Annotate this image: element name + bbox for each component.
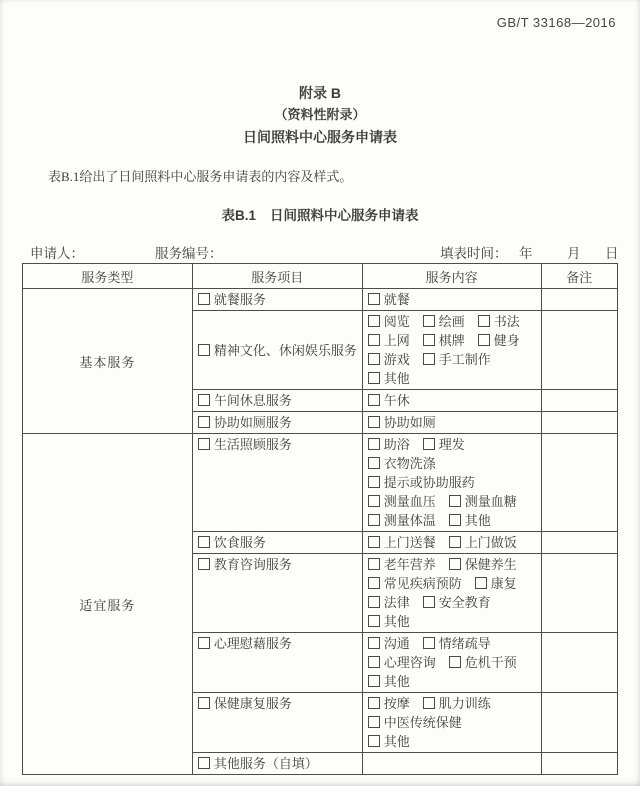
checkbox-option-label: 午休 [384, 393, 410, 408]
appendix-heading: 日间照料中心服务申请表 [0, 128, 640, 146]
checkbox-option: 午休 [368, 393, 410, 408]
checkbox-option: 心理咨询 [368, 655, 436, 670]
checkbox-icon [368, 514, 380, 526]
table-header-row: 服务类型 服务项目 服务内容 备注 [23, 264, 618, 289]
checkbox-icon [368, 334, 380, 346]
checkbox-icon [423, 438, 435, 450]
remark-cell [541, 289, 617, 311]
checkbox-icon [475, 577, 487, 589]
header-service-content: 服务内容 [362, 264, 541, 289]
checkbox-option-label: 棋牌 [439, 333, 465, 348]
checkbox-icon [368, 615, 380, 627]
table-caption-label: 表B.1 [221, 208, 256, 223]
service-item-cell: 其他服务（自填） [192, 753, 362, 775]
checkbox-option: 健身 [478, 333, 520, 348]
checkbox-icon [368, 735, 380, 747]
service-item-label: 就餐服务 [214, 292, 266, 307]
checkbox-option: 助浴 [368, 437, 410, 452]
checkbox-option-label: 安全教育 [439, 595, 491, 610]
checkbox-icon [423, 334, 435, 346]
checkbox-option-label: 其他 [384, 734, 410, 749]
table-row: 适宜服务生活照顾服务助浴理发衣物洗涤提示或协助服药测量血压测量血糖测量体温其他 [23, 434, 618, 532]
checkbox-option-label: 常见疾病预防 [384, 576, 462, 591]
checkbox-icon [368, 577, 380, 589]
applicant-label: 申请人： [30, 245, 84, 263]
checkbox-option-label: 上门做饭 [465, 535, 517, 550]
checkbox-icon [198, 438, 210, 450]
remark-cell [541, 311, 617, 390]
checkbox-icon [368, 394, 380, 406]
checkbox-option-label: 法律 [384, 595, 410, 610]
checkbox-icon [368, 372, 380, 384]
remark-cell [541, 633, 617, 693]
service-item-label: 饮食服务 [214, 535, 266, 550]
checkbox-option-label: 肌力训练 [439, 696, 491, 711]
checkbox-option-label: 阅览 [384, 314, 410, 329]
service-content-cell: 老年营养保健养生常见疾病预防康复法律安全教育其他 [362, 554, 541, 633]
checkbox-option-label: 其他 [465, 513, 491, 528]
service-type-cell: 适宜服务 [23, 434, 193, 775]
checkbox-icon [198, 637, 210, 649]
checkbox-option-label: 老年营养 [384, 557, 436, 572]
standard-number: GB/T 33168—2016 [0, 0, 640, 32]
checkbox-option: 协助如厕 [368, 415, 436, 430]
checkbox-icon [449, 656, 461, 668]
checkbox-option: 上门送餐 [368, 535, 436, 550]
checkbox-icon [368, 293, 380, 305]
checkbox-option: 其他 [449, 513, 491, 528]
service-content-cell: 协助如厕 [362, 412, 541, 434]
service-item-label: 心理慰藉服务 [214, 636, 292, 651]
checkbox-icon [368, 596, 380, 608]
checkbox-option: 沟通 [368, 636, 410, 651]
service-item-label: 其他服务（自填） [214, 756, 318, 771]
checkbox-option: 衣物洗涤 [368, 456, 436, 471]
checkbox-option-label: 康复 [491, 576, 517, 591]
checkbox-option: 绘画 [423, 314, 465, 329]
checkbox-option-label: 按摩 [384, 696, 410, 711]
checkbox-icon [368, 353, 380, 365]
checkbox-icon [423, 315, 435, 327]
service-item-label: 教育咨询服务 [214, 557, 292, 572]
checkbox-icon [198, 293, 210, 305]
service-item-label: 协助如厕服务 [214, 415, 292, 430]
checkbox-option: 中医传统保健 [368, 715, 462, 730]
checkbox-option-label: 上门送餐 [384, 535, 436, 550]
checkbox-option-label: 测量体温 [384, 513, 436, 528]
checkbox-icon [449, 514, 461, 526]
service-content-cell [362, 753, 541, 775]
table-caption-title: 日间照料中心服务申请表 [270, 208, 419, 223]
service-item-cell: 就餐服务 [192, 289, 362, 311]
checkbox-icon [198, 344, 210, 356]
checkbox-option: 安全教育 [423, 595, 491, 610]
fill-time-label: 填表时间： [440, 245, 508, 263]
checkbox-option: 测量血糖 [449, 494, 517, 509]
service-item-label: 精神文化、休闲娱乐服务 [214, 343, 357, 358]
checkbox-icon [198, 416, 210, 428]
checkbox-option: 其他 [368, 371, 410, 386]
remark-cell [541, 390, 617, 412]
checkbox-icon [368, 637, 380, 649]
appendix-title: 附录 B [0, 84, 640, 102]
checkbox-icon [368, 476, 380, 488]
document-page: GB/T 33168—2016 附录 B （资料性附录） 日间照料中心服务申请表… [0, 0, 640, 786]
checkbox-option: 按摩 [368, 696, 410, 711]
checkbox-icon [368, 716, 380, 728]
checkbox-icon [198, 757, 210, 769]
remark-cell [541, 434, 617, 532]
checkbox-option-label: 绘画 [439, 314, 465, 329]
checkbox-icon [423, 637, 435, 649]
service-number-label: 服务编号： [155, 245, 223, 263]
checkbox-option-label: 其他 [384, 614, 410, 629]
service-content-cell: 就餐 [362, 289, 541, 311]
checkbox-option: 法律 [368, 595, 410, 610]
checkbox-option-label: 测量血压 [384, 494, 436, 509]
checkbox-option-label: 上网 [384, 333, 410, 348]
checkbox-icon [423, 697, 435, 709]
table-row: 基本服务就餐服务就餐 [23, 289, 618, 311]
checkbox-icon [368, 457, 380, 469]
service-item-label: 保健康复服务 [214, 696, 292, 711]
month-label: 月 [567, 245, 581, 263]
service-content-cell: 阅览绘画书法上网棋牌健身游戏手工制作其他 [362, 311, 541, 390]
checkbox-icon [449, 536, 461, 548]
checkbox-icon [368, 495, 380, 507]
checkbox-option: 测量血压 [368, 494, 436, 509]
service-item-cell: 精神文化、休闲娱乐服务 [192, 311, 362, 390]
intro-paragraph: 表B.1给出了日间照料中心服务申请表的内容及样式。 [48, 168, 610, 186]
service-item-cell: 心理慰藉服务 [192, 633, 362, 693]
header-remark: 备注 [541, 264, 617, 289]
checkbox-option: 书法 [478, 314, 520, 329]
checkbox-option-label: 协助如厕 [384, 415, 436, 430]
checkbox-option: 测量体温 [368, 513, 436, 528]
remark-cell [541, 693, 617, 753]
checkbox-option: 情绪疏导 [423, 636, 491, 651]
checkbox-icon [368, 656, 380, 668]
checkbox-option: 手工制作 [423, 352, 491, 367]
checkbox-option: 其他 [368, 674, 410, 689]
header-service-item: 服务项目 [192, 264, 362, 289]
checkbox-icon [368, 438, 380, 450]
checkbox-icon [368, 697, 380, 709]
checkbox-icon [478, 334, 490, 346]
service-item-cell: 生活照顾服务 [192, 434, 362, 532]
checkbox-icon [198, 697, 210, 709]
appendix-subtitle: （资料性附录） [0, 106, 640, 124]
year-label: 年 [519, 245, 533, 263]
service-type-cell: 基本服务 [23, 289, 193, 434]
checkbox-option: 游戏 [368, 352, 410, 367]
service-item-cell: 保健康复服务 [192, 693, 362, 753]
checkbox-option: 提示或协助服药 [368, 475, 475, 490]
checkbox-option-label: 助浴 [384, 437, 410, 452]
checkbox-option: 就餐 [368, 292, 410, 307]
service-item-cell: 午间休息服务 [192, 390, 362, 412]
checkbox-option-label: 其他 [384, 371, 410, 386]
checkbox-option-label: 书法 [494, 314, 520, 329]
checkbox-option: 理发 [423, 437, 465, 452]
checkbox-option: 保健养生 [449, 557, 517, 572]
service-content-cell: 沟通情绪疏导心理咨询危机干预其他 [362, 633, 541, 693]
checkbox-icon [198, 536, 210, 548]
checkbox-option-label: 手工制作 [439, 352, 491, 367]
checkbox-option-label: 心理咨询 [384, 655, 436, 670]
checkbox-option-label: 其他 [384, 674, 410, 689]
remark-cell [541, 554, 617, 633]
checkbox-icon [368, 558, 380, 570]
checkbox-option-label: 保健养生 [465, 557, 517, 572]
checkbox-option-label: 沟通 [384, 636, 410, 651]
checkbox-option-label: 就餐 [384, 292, 410, 307]
checkbox-icon [368, 315, 380, 327]
checkbox-option: 上网 [368, 333, 410, 348]
checkbox-option-label: 游戏 [384, 352, 410, 367]
service-item-cell: 协助如厕服务 [192, 412, 362, 434]
service-content-cell: 按摩肌力训练中医传统保健其他 [362, 693, 541, 753]
checkbox-option-label: 测量血糖 [465, 494, 517, 509]
checkbox-option: 康复 [475, 576, 517, 591]
form-meta-row: 申请人： 服务编号： 填表时间： 年 月 日 [22, 245, 618, 263]
header-service-type: 服务类型 [23, 264, 193, 289]
day-label: 日 [605, 245, 619, 263]
checkbox-option: 常见疾病预防 [368, 576, 462, 591]
checkbox-icon [423, 596, 435, 608]
checkbox-option-label: 理发 [439, 437, 465, 452]
checkbox-option: 老年营养 [368, 557, 436, 572]
checkbox-option-label: 衣物洗涤 [384, 456, 436, 471]
service-content-cell: 上门送餐上门做饭 [362, 532, 541, 554]
checkbox-icon [449, 495, 461, 507]
service-item-label: 生活照顾服务 [214, 437, 292, 452]
remark-cell [541, 412, 617, 434]
checkbox-option: 危机干预 [449, 655, 517, 670]
checkbox-option-label: 提示或协助服药 [384, 475, 475, 490]
checkbox-icon [368, 675, 380, 687]
service-item-cell: 饮食服务 [192, 532, 362, 554]
remark-cell [541, 753, 617, 775]
checkbox-option-label: 危机干预 [465, 655, 517, 670]
checkbox-icon [198, 394, 210, 406]
checkbox-option-label: 情绪疏导 [439, 636, 491, 651]
checkbox-option-label: 中医传统保健 [384, 715, 462, 730]
service-content-cell: 午休 [362, 390, 541, 412]
checkbox-option: 棋牌 [423, 333, 465, 348]
checkbox-option: 肌力训练 [423, 696, 491, 711]
checkbox-icon [368, 536, 380, 548]
service-item-cell: 教育咨询服务 [192, 554, 362, 633]
checkbox-option-label: 健身 [494, 333, 520, 348]
checkbox-option: 上门做饭 [449, 535, 517, 550]
checkbox-icon [368, 416, 380, 428]
checkbox-option: 其他 [368, 734, 410, 749]
service-content-cell: 助浴理发衣物洗涤提示或协助服药测量血压测量血糖测量体温其他 [362, 434, 541, 532]
table-caption: 表B.1日间照料中心服务申请表 [0, 207, 640, 225]
service-item-label: 午间休息服务 [214, 393, 292, 408]
checkbox-icon [449, 558, 461, 570]
service-application-table: 服务类型 服务项目 服务内容 备注 基本服务就餐服务就餐 精神文化、休闲娱乐服务… [22, 263, 618, 775]
checkbox-option: 其他 [368, 614, 410, 629]
checkbox-icon [423, 353, 435, 365]
checkbox-option: 阅览 [368, 314, 410, 329]
checkbox-icon [478, 315, 490, 327]
checkbox-icon [198, 558, 210, 570]
remark-cell [541, 532, 617, 554]
